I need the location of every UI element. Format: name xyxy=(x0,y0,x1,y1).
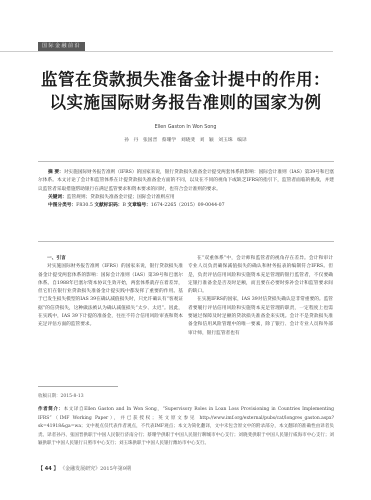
received-label: 收稿日期： xyxy=(38,394,61,399)
received-date-line: 收稿日期：2015-8-13 xyxy=(38,393,84,399)
translators: 孙 丹 张国晋 蔡珊学 刘晓斐 刘 颖 刘玉珠 编译 xyxy=(0,136,371,143)
keywords: 监管规则；贷款损失准备金计提；国际会计准则应用 xyxy=(67,195,175,200)
body-column-right: 在“双重体系”中，会计师和监管者的视角存在差异。会计和审计专业人员负责确保减值损… xyxy=(188,255,333,338)
body-paragraph: 对实施国际财务报告准则（IFRS）的国家来说，银行贷款损失准备金计提受两套体系的… xyxy=(38,263,183,329)
article-no-value: 1674-2265（2015）09-0044-07 xyxy=(151,203,225,208)
article-title-line-2: 以实施国际财务报告准则的国家为例 xyxy=(0,89,371,113)
article-title-line-1: 监管在贷款损失准备金计提中的作用： xyxy=(0,66,371,90)
doc-code-label: 文献标识码： xyxy=(94,203,122,208)
author-intro-text: 本文译自Ellen Gaston and In Won Song，“Superv… xyxy=(38,407,334,446)
body-paragraph: 在实施IFRS的国家，IAS 39对信贷损失确认是非常重要的。监管者要履行评估信… xyxy=(188,296,333,337)
abstract-block: 摘 要：对实施国际财务报告准则（IFRS）的国家来说，银行贷款损失准备金计提受两… xyxy=(38,169,334,210)
doc-code-value: B xyxy=(122,203,125,208)
received-date: 2015-8-13 xyxy=(61,394,84,399)
author-intro-label: 作者简介： xyxy=(38,407,64,412)
classification-value: F830.5 xyxy=(76,203,93,208)
abstract-top-divider xyxy=(38,161,334,162)
body-column-left: 一、引言 对实施国际财务报告准则（IFRS）的国家来说，银行贷款损失准备金计提受… xyxy=(38,255,183,330)
keywords-label: 关键词： xyxy=(48,195,67,200)
page-number: 【 44 】 xyxy=(38,466,58,472)
authors-english: Ellen Gaston In Won Song xyxy=(0,125,371,130)
keywords-line: 关键词：监管规则；贷款损失准备金计提；国际会计准则应用 xyxy=(38,194,334,202)
article-no-label: 文章编号： xyxy=(127,203,150,208)
page-number-value: 44 xyxy=(45,466,52,472)
abstract-text: 对实施国际财务报告准则（IFRS）的国家来说，银行贷款损失准备金计提受两套体系的… xyxy=(38,170,334,192)
header-divider xyxy=(0,51,333,52)
journal-name: 《金融发展研究》2015年第9期 xyxy=(60,466,131,472)
abstract-bottom-divider xyxy=(38,241,334,242)
column-tag: 国际金融前沿 xyxy=(38,42,85,51)
footnote-divider xyxy=(38,386,118,387)
author-intro: 作者简介：本文译自Ellen Gaston and In Won Song，“S… xyxy=(38,406,334,449)
page-footer: 【 44 】 《金融发展研究》2015年第9期 xyxy=(38,465,131,472)
body-paragraph: 在“双重体系”中，会计师和监管者的视角存在差异。会计和审计专业人员负责确保减值损… xyxy=(188,255,333,296)
classification-line: 中图分类号：F830.5 文献标识码：B 文章编号：1674-2265（2015… xyxy=(38,202,334,210)
abstract-paragraph: 摘 要：对实施国际财务报告准则（IFRS）的国家来说，银行贷款损失准备金计提受两… xyxy=(38,169,334,194)
classification-label: 中图分类号： xyxy=(48,203,76,208)
abstract-label: 摘 要： xyxy=(48,170,64,175)
section-heading: 一、引言 xyxy=(38,255,183,263)
